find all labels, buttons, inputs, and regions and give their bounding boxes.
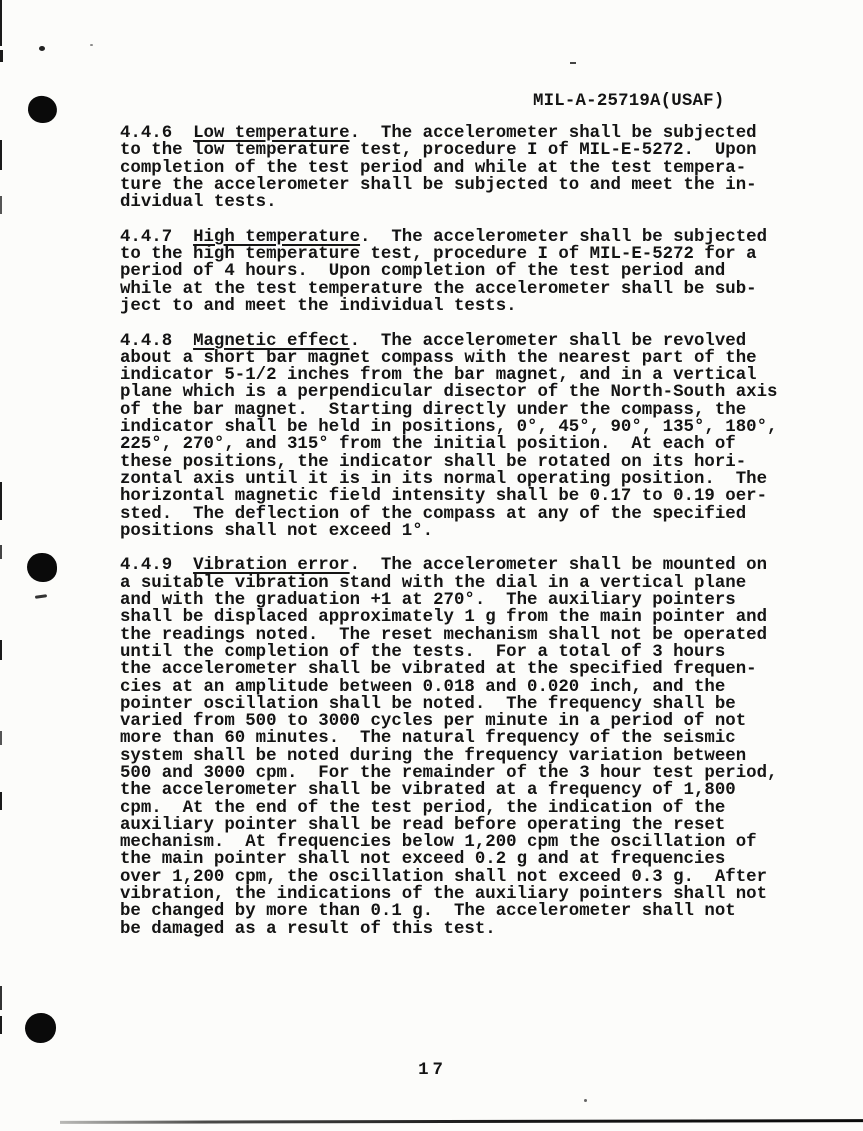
text-line: system shall be noted during the frequen… xyxy=(120,748,800,765)
section-title-suffix: . The accelerometer shall be revolved xyxy=(350,332,747,351)
text-line: the main pointer shall not exceed 0.2 g … xyxy=(120,851,800,868)
scan-edge-mark xyxy=(0,545,2,559)
section-title: Vibration error xyxy=(193,556,350,575)
text-line: the accelerometer shall be vibrated at t… xyxy=(120,661,800,678)
text-line: ject to and meet the individual tests. xyxy=(120,298,800,315)
section-first-line: 4.4.8 Magnetic effect. The accelerometer… xyxy=(120,333,800,350)
text-line: cpm. At the end of the test period, the … xyxy=(120,800,800,817)
section-number: 4.4.9 xyxy=(120,556,193,575)
scan-speck xyxy=(90,44,93,46)
scan-edge-mark xyxy=(0,140,2,170)
document-id-header: MIL-A-25719A(USAF) xyxy=(533,93,724,110)
scan-edge-mark xyxy=(0,50,3,62)
section-first-line: 4.4.7 High temperature. The acceleromete… xyxy=(120,229,800,246)
text-line: the accelerometer shall be vibrated at a… xyxy=(120,782,800,799)
scan-edge-mark xyxy=(0,986,2,1010)
scan-edge-mark xyxy=(0,0,2,46)
section-4.4.8: 4.4.8 Magnetic effect. The accelerometer… xyxy=(120,333,800,541)
text-line: pointer oscillation shall be noted. The … xyxy=(120,696,800,713)
text-line: 225°, 270°, and 315° from the initial po… xyxy=(120,436,800,453)
section-4.4.9: 4.4.9 Vibration error. The accelerometer… xyxy=(120,557,800,938)
scan-edge-mark xyxy=(0,196,2,214)
text-line: a suitable vibration stand with the dial… xyxy=(120,575,800,592)
scan-edge-mark xyxy=(0,1016,2,1034)
text-line: plane which is a perpendicular disector … xyxy=(120,384,800,401)
section-number: 4.4.6 xyxy=(120,124,193,143)
text-line: varied from 500 to 3000 cycles per minut… xyxy=(120,713,800,730)
section-title-suffix: . The accelerometer shall be mounted on xyxy=(350,556,767,575)
text-line: ture the accelerometer shall be subjecte… xyxy=(120,177,800,194)
text-line: while at the test temperature the accele… xyxy=(120,281,800,298)
text-line: zontal axis until it is in its normal op… xyxy=(120,471,800,488)
section-4.4.7: 4.4.7 High temperature. The acceleromete… xyxy=(120,229,800,315)
text-line: mechanism. At frequencies below 1,200 cp… xyxy=(120,834,800,851)
scan-edge-mark xyxy=(0,731,2,745)
scan-speck xyxy=(584,1099,587,1102)
text-line: indicator 5-1/2 inches from the bar magn… xyxy=(120,367,800,384)
section-title: Low temperature xyxy=(193,124,350,143)
text-line: horizontal magnetic field intensity shal… xyxy=(120,488,800,505)
scan-edge-mark xyxy=(0,482,2,520)
text-line: of the bar magnet. Starting directly und… xyxy=(120,402,800,419)
section-title-suffix: . The accelerometer shall be subjected xyxy=(350,124,757,143)
text-line: to the high temperature test, procedure … xyxy=(120,246,800,263)
document-body: 4.4.6 Low temperature. The accelerometer… xyxy=(120,125,800,955)
page-number: 17 xyxy=(120,1062,745,1079)
text-line: over 1,200 cpm, the oscillation shall no… xyxy=(120,869,800,886)
text-line: these positions, the indicator shall be … xyxy=(120,454,800,471)
text-line: be changed by more than 0.1 g. The accel… xyxy=(120,903,800,920)
scan-edge-mark xyxy=(0,640,2,660)
text-line: positions shall not exceed 1°. xyxy=(120,523,800,540)
text-line: indicator shall be held in positions, 0°… xyxy=(120,419,800,436)
scan-dash xyxy=(35,594,47,599)
text-line: auxiliary pointer shall be read before o… xyxy=(120,817,800,834)
scan-speck xyxy=(39,46,45,51)
text-line: until the completion of the tests. For a… xyxy=(120,644,800,661)
section-title: Magnetic effect xyxy=(193,332,350,351)
text-line: shall be displaced approximately 1 g fro… xyxy=(120,609,800,626)
section-first-line: 4.4.9 Vibration error. The accelerometer… xyxy=(120,557,800,574)
section-title-suffix: . The accelerometer shall be subjected xyxy=(360,228,767,247)
text-line: be damaged as a result of this test. xyxy=(120,921,800,938)
text-line: sted. The deflection of the compass at a… xyxy=(120,506,800,523)
section-number: 4.4.8 xyxy=(120,332,193,351)
hole-punch-mark xyxy=(26,94,58,125)
text-line: cies at an amplitude between 0.018 and 0… xyxy=(120,679,800,696)
section-4.4.6: 4.4.6 Low temperature. The accelerometer… xyxy=(120,125,800,211)
section-number: 4.4.7 xyxy=(120,228,193,247)
text-line: more than 60 minutes. The natural freque… xyxy=(120,730,800,747)
text-line: the readings noted. The reset mechanism … xyxy=(120,627,800,644)
text-line: to the low temperature test, procedure I… xyxy=(120,142,800,159)
scanned-document-page: MIL-A-25719A(USAF) 4.4.6 Low temperature… xyxy=(0,0,863,1131)
scan-bottom-edge-line xyxy=(60,1119,863,1124)
scan-dash xyxy=(570,62,576,64)
text-line: about a short bar magnet compass with th… xyxy=(120,350,800,367)
section-title: High temperature xyxy=(193,228,360,247)
scan-edge-mark xyxy=(0,792,2,810)
text-line: vibration, the indications of the auxili… xyxy=(120,886,800,903)
hole-punch-mark xyxy=(25,1013,56,1043)
text-line: 500 and 3000 cpm. For the remainder of t… xyxy=(120,765,800,782)
text-line: completion of the test period and while … xyxy=(120,160,800,177)
section-first-line: 4.4.6 Low temperature. The accelerometer… xyxy=(120,125,800,142)
hole-punch-mark xyxy=(27,553,57,582)
text-line: and with the graduation +1 at 270°. The … xyxy=(120,592,800,609)
text-line: dividual tests. xyxy=(120,194,800,211)
text-line: period of 4 hours. Upon completion of th… xyxy=(120,263,800,280)
